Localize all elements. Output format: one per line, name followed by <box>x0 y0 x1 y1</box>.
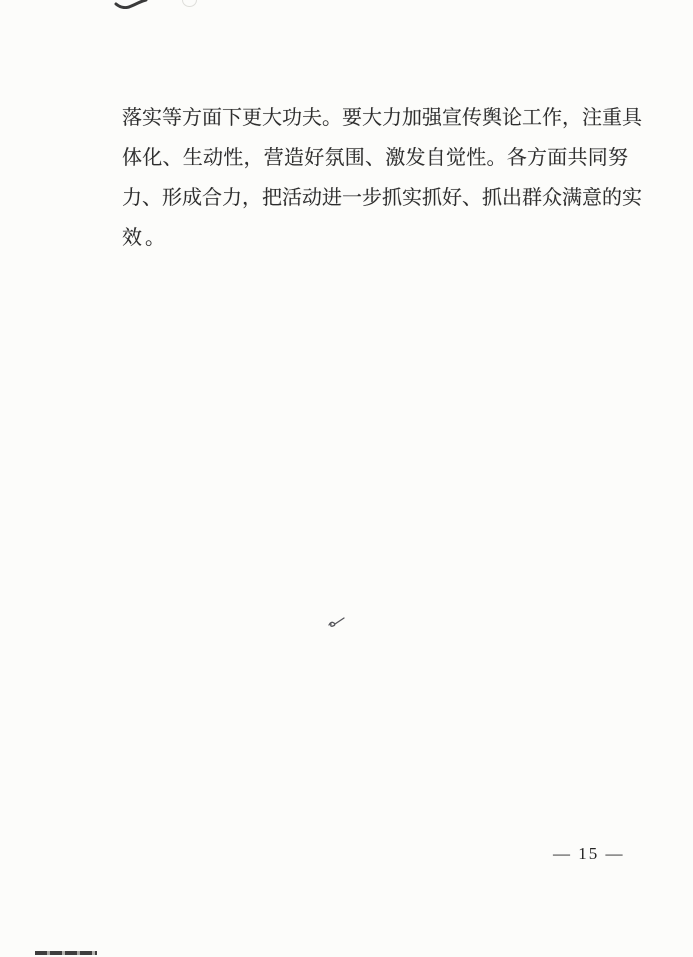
faint-circle-mark <box>182 0 197 7</box>
page-number: — 15 — <box>553 844 625 864</box>
ink-smudge-icon <box>114 0 148 9</box>
cut-off-print-line <box>35 951 97 955</box>
paragraph-line: 落实等方面下更大功夫。要大力加强宣传舆论工作，注重具 <box>122 98 628 138</box>
paragraph-line: 力、形成合力，把活动进一步抓实抓好、抓出群众满意的实 <box>122 178 628 218</box>
paragraph-line: 效。 <box>122 218 628 258</box>
pen-squiggle-icon <box>326 614 348 632</box>
paragraph-line: 体化、生动性，营造好氛围、激发自觉性。各方面共同努 <box>122 138 628 178</box>
body-paragraph: 落实等方面下更大功夫。要大力加强宣传舆论工作，注重具 体化、生动性，营造好氛围、… <box>122 98 628 258</box>
document-page: 落实等方面下更大功夫。要大力加强宣传舆论工作，注重具 体化、生动性，营造好氛围、… <box>0 0 693 957</box>
